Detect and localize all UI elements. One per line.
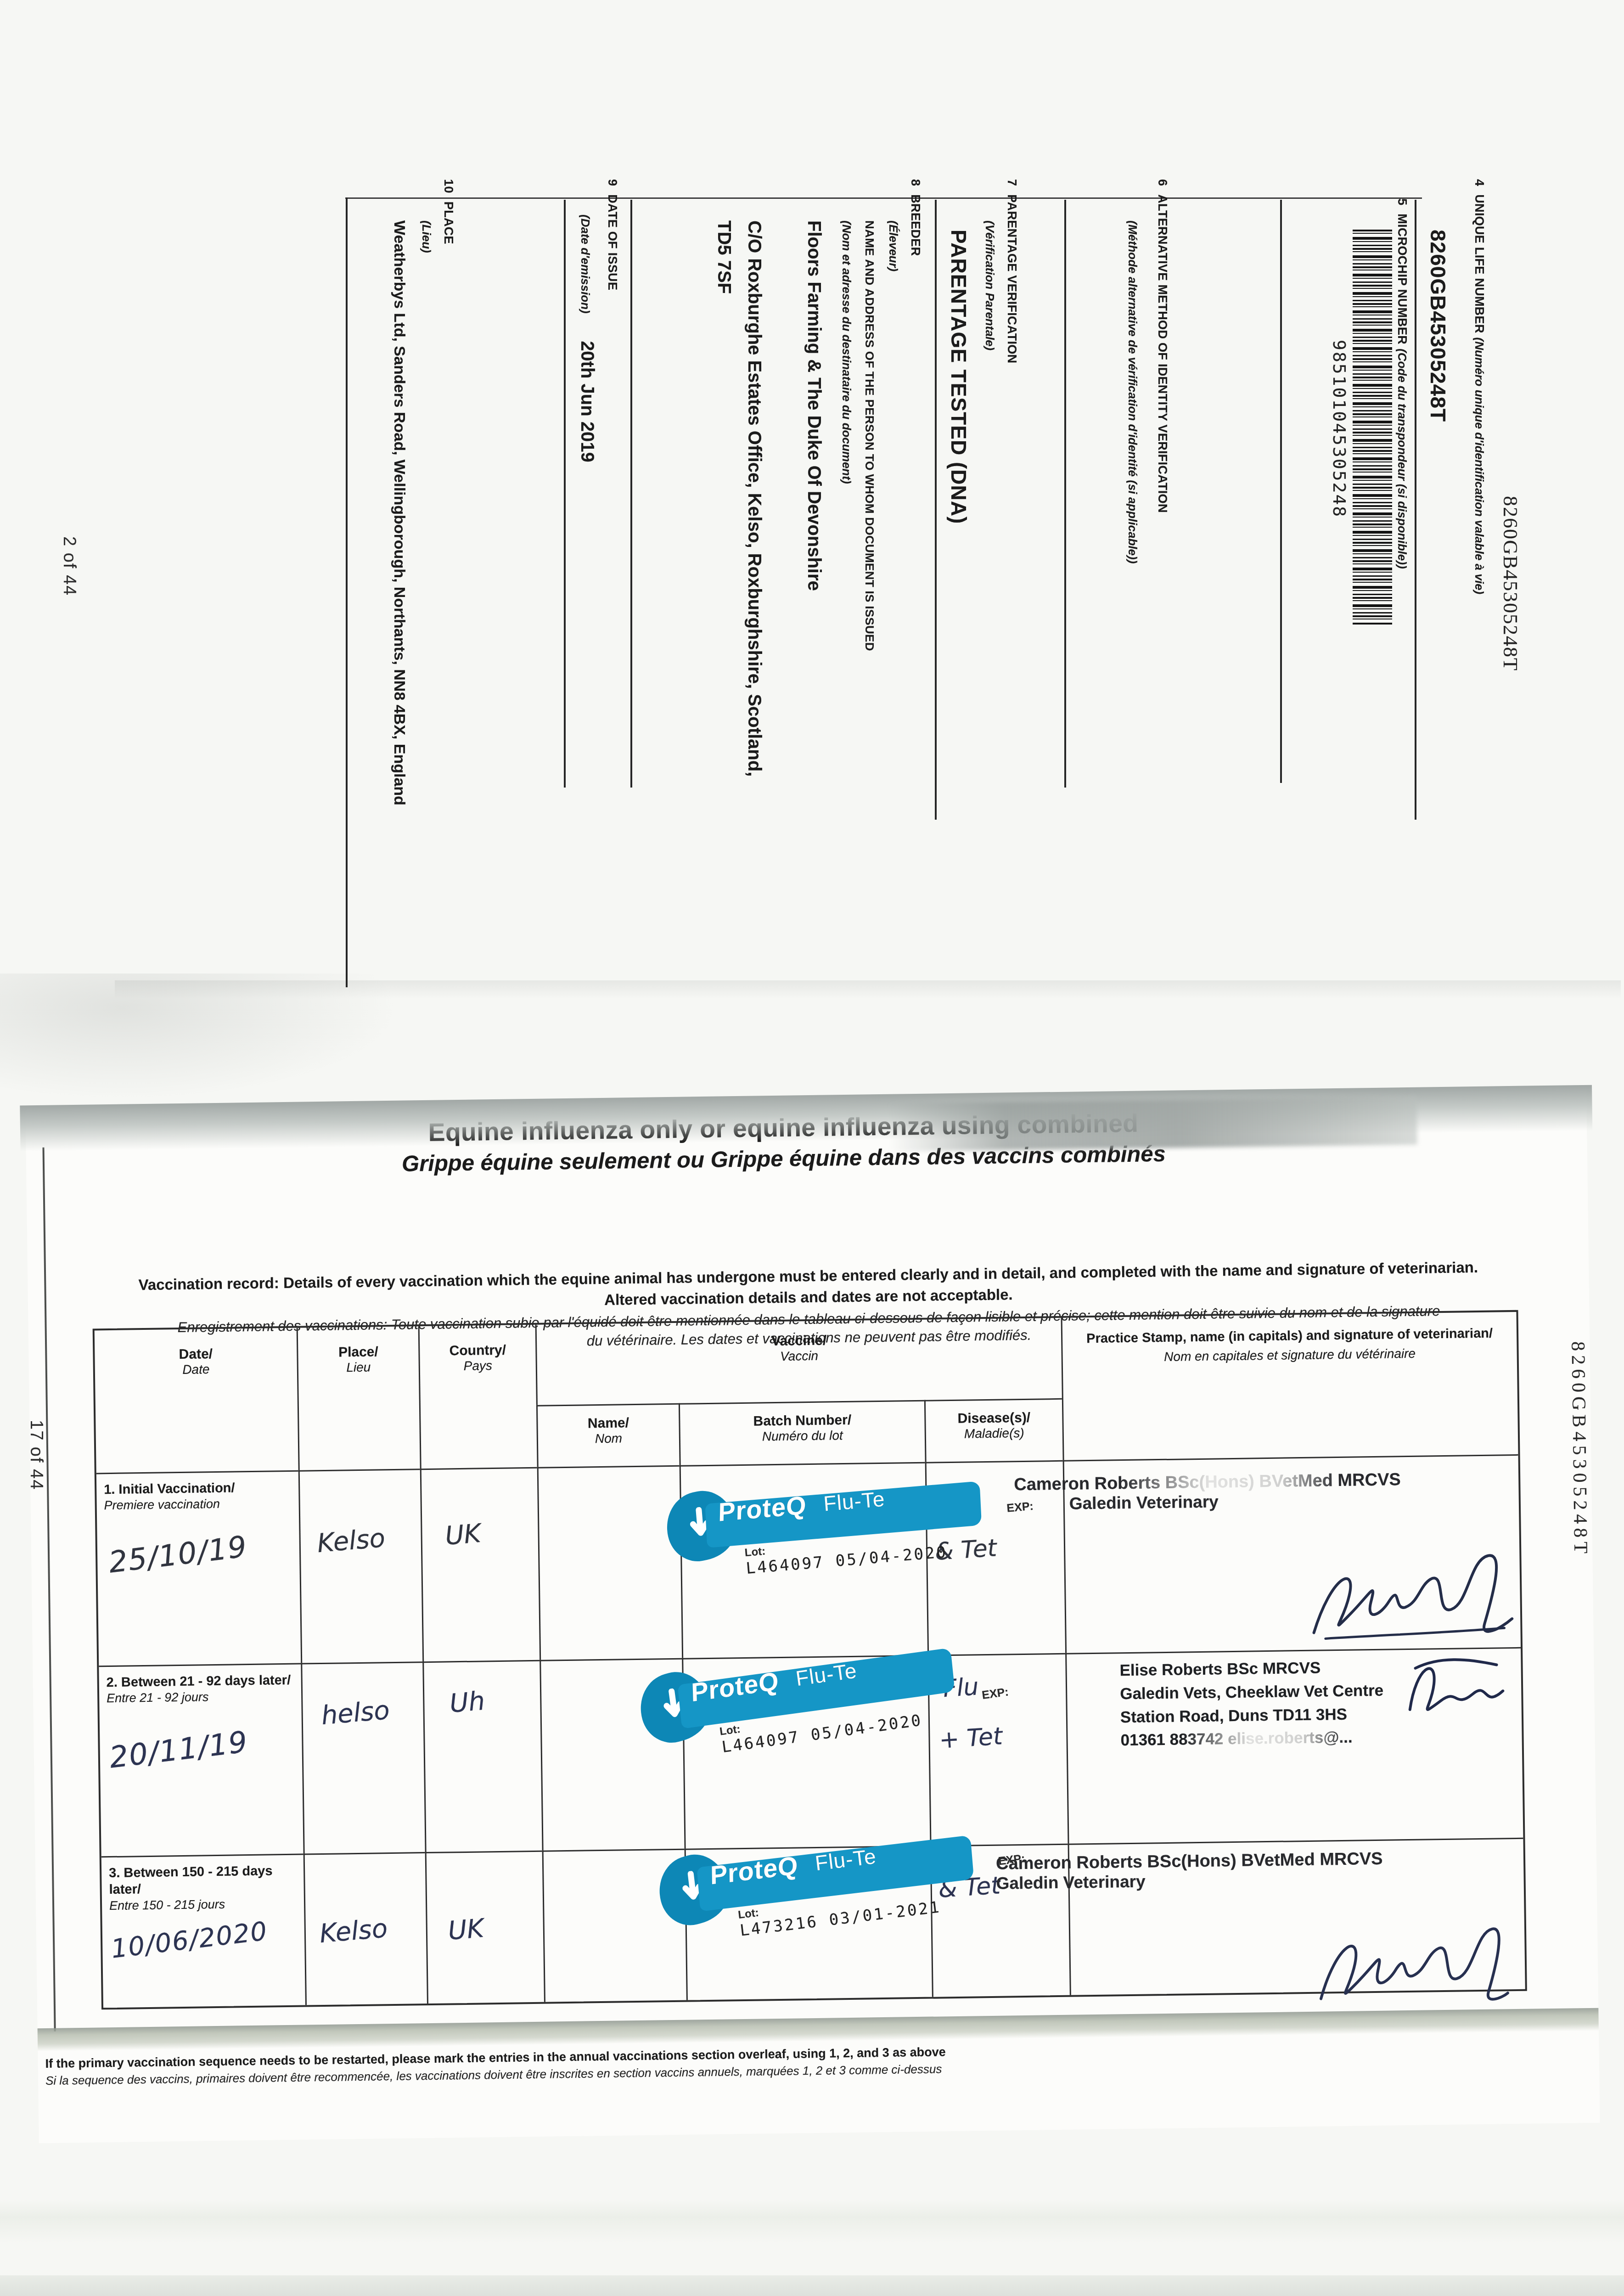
field-label: MICROCHIP NUMBER [1395,214,1409,344]
row1-date-cell: 1. Initial Vaccination/ Premiere vaccina… [96,1470,301,1666]
row1-stamp-cell: Cameron Roberts BSc(Hons) BVetMed MRCVS … [1063,1454,1521,1653]
date-of-issue-value: 20th Jun 2019 [577,341,597,462]
field-breeder: 8 BREEDER [908,179,922,256]
document-number-top-margin: 8260GB45305248T [1499,496,1522,671]
header-practice-stamp: Practice Stamp, name (in capitals) and s… [1061,1312,1518,1460]
date-of-issue-row: (Date d'emission) 20th Jun 2019 [577,214,597,462]
scan-fade-artifact [1119,1467,1377,1495]
header-name-en: Name/ [538,1415,679,1432]
sticker-lot-label: Lot: [744,1545,766,1560]
header-date-en: Date/ [95,1345,297,1364]
scan-bottom-band [0,2200,1624,2243]
header-place-en: Place/ [298,1344,418,1361]
field-label: PARENTAGE VERIFICATION [1005,194,1019,363]
scan-bottom-edge [0,2275,1624,2296]
row2-label-fr: Entre 21 - 92 jours [107,1688,297,1706]
row2-country-handwritten: Uh [449,1686,486,1719]
row1-date-handwritten: 25/10/19 [107,1530,249,1580]
field-label: PLACE [442,202,455,244]
header-place-fr: Lieu [298,1359,419,1375]
rule [1064,200,1066,788]
sticker-exp-label: EXP: [1006,1500,1034,1515]
field-number: 4 [1472,179,1486,186]
rule [630,200,632,788]
row2-place-cell: helso [301,1661,425,1853]
document-number-side-margin: 8260GB45305248T [1567,1341,1591,1558]
field-label-fr: (Méthode alternative de vérification d'i… [1125,220,1140,563]
header-country: Country/ Pays [418,1325,537,1469]
field-number: 10 [442,179,455,193]
field-parentage-verification: 7 PARENTAGE VERIFICATION [1005,179,1019,363]
field-alt-identity-verification: 6 ALTERNATIVE METHOD OF IDENTITY VERIFIC… [1155,179,1169,513]
field-label-fr: (Code du transpondeur (si disponible)) [1395,349,1409,569]
row2-date-handwritten: 20/11/19 [107,1725,250,1775]
header-country-fr: Pays [420,1358,536,1374]
card-left-edge [42,1148,56,2032]
unique-life-number-value: 8260GB45305248T [1426,230,1450,422]
row2-vet-name: Elise Roberts BSc MRCVS [1119,1656,1383,1683]
header-disease: Disease(s)/ Maladie(s) [924,1398,1063,1462]
breeder-name: Floors Farming & The Duke Of Devonshire [804,220,824,591]
field-label-fr: (Lieu) [419,220,433,253]
row3-country-handwritten: UK [447,1913,485,1946]
breeder-sublabel: NAME AND ADDRESS OF THE PERSON TO WHOM D… [862,220,877,651]
row2-place-handwritten: helso [320,1695,391,1731]
breeder-address-line2: TD5 7SF [714,220,734,294]
row3-stamp-cell: Cameron Roberts BSc(Hons) BVetMed MRCVS … [1068,1838,1525,1995]
row1-country-cell: UK [420,1467,539,1661]
scan-fade-artifact [1182,1724,1376,1751]
header-country-en: Country/ [420,1342,535,1359]
field-number: 5 [1395,198,1409,206]
row2-country-cell: Uh [422,1660,542,1852]
field-label: ALTERNATIVE METHOD OF IDENTITY VERIFICAT… [1156,194,1169,512]
row3-label: 3. Between 150 - 215 days later/ [109,1863,299,1898]
microchip-number-value: 985101045305248 [1329,340,1349,518]
row1-country-handwritten: UK [444,1519,482,1551]
header-date: Date/ Date [95,1328,298,1473]
rule [1415,200,1416,820]
row1-place-cell: Kelso [298,1469,422,1663]
sticker-variant: Flu-Te [822,1486,886,1516]
field-label-fr: (Éleveur) [886,220,900,271]
row3-date-handwritten: 10/06/2020 [109,1916,269,1964]
row2-stamp-cell: Elise Roberts BSc MRCVS Galedin Vets, Ch… [1065,1647,1523,1844]
row3-label-fr: Entre 150 - 215 jours [109,1896,299,1913]
header-vaccine: Vaccine/ Vaccin [535,1318,1062,1405]
breeder-address-line1: C/O Roxburghe Estates Office, Kelso, Rox… [744,220,764,777]
field-place: 10 PLACE [441,179,455,244]
breeder-sublabel-fr: (Nom et adresse du destinataire du docum… [839,220,854,484]
header-stamp-en: Practice Stamp, name (in capitals) and s… [1081,1325,1498,1348]
row2-vet-practice: Galedin Vets, Cheeklaw Vet Centre [1120,1679,1383,1705]
field-number: 7 [1005,179,1019,186]
field-date-of-issue: 9 DATE OF ISSUE [605,179,619,290]
rule [935,200,937,820]
field-label-fr: (Vérification Parentale) [983,220,997,350]
row3-place-handwritten: Kelso [318,1913,388,1949]
field-number: 9 [606,179,619,186]
field-label: BREEDER [909,194,922,256]
form-left-border [345,197,1422,199]
row3-place-cell: Kelso [303,1852,427,2005]
rule [564,200,566,788]
scan-smudge-over-title [888,1097,1417,1152]
row3-country-cell: UK [425,1851,544,2003]
rule [1280,200,1282,783]
microchip-barcode [1353,230,1392,625]
row1-signature [1299,1545,1516,1654]
header-stamp-fr: Nom en capitales et signature du vétérin… [1081,1345,1498,1365]
field-unique-life-number: 4 UNIQUE LIFE NUMBER (Numéro unique d'id… [1472,179,1486,594]
header-batch-number: Batch Number/ Numéro du lot [679,1400,925,1465]
vaccination-card: Equine influenza only or equine influenz… [25,1090,1600,2143]
parentage-value: PARENTAGE TESTED (DNA) [946,230,971,524]
field-label: UNIQUE LIFE NUMBER [1472,194,1486,333]
field-label-fr: (Date d'emission) [579,214,592,314]
vaccination-page-number: 17 of 44 [26,1420,46,1490]
row1-vaccine-name-cell [537,1465,682,1660]
place-value: Weatherbys Ltd, Sanders Road, Wellingbor… [390,220,408,805]
row3-vet-stamp: Cameron Roberts BSc(Hons) BVetMed MRCVS … [996,1849,1383,1893]
header-date-fr: Date [95,1361,297,1379]
field-number: 8 [909,179,922,186]
header-disease-en: Disease(s)/ [926,1410,1062,1427]
field-label-fr: (Numéro unique d'identification valable … [1472,338,1486,595]
field-microchip-number: 5 MICROCHIP NUMBER (Code du transpondeur… [1395,198,1409,569]
row2-date-cell: 2. Between 21 - 92 days later/ Entre 21 … [99,1663,303,1857]
row1-label-fr: Premiere vaccination [104,1496,294,1514]
row2-label: 2. Between 21 - 92 days later/ [107,1672,297,1691]
header-name-fr: Nom [538,1430,679,1447]
field-label: DATE OF ISSUE [606,194,619,290]
row2-disease2-handwritten: + Tet [938,1722,1003,1754]
form-bottom-border [346,197,348,987]
header-place: Place/ Lieu [297,1326,420,1470]
row3-date-cell: 3. Between 150 - 215 days later/ Entre 1… [101,1854,305,2008]
passport-page: 8260GB45305248T 4 UNIQUE LIFE NUMBER (Nu… [3,0,1624,987]
header-vaccine-name: Name/ Nom [536,1403,680,1467]
header-disease-fr: Maladie(s) [926,1425,1062,1442]
field-number: 6 [1156,179,1169,186]
row1-place-handwritten: Kelso [316,1523,386,1559]
row3-signature [1309,1916,1512,2024]
header-batch-fr: Numéro du lot [680,1427,925,1445]
row1-label: 1. Initial Vaccination/ [104,1479,294,1498]
row2-signature [1398,1639,1514,1733]
